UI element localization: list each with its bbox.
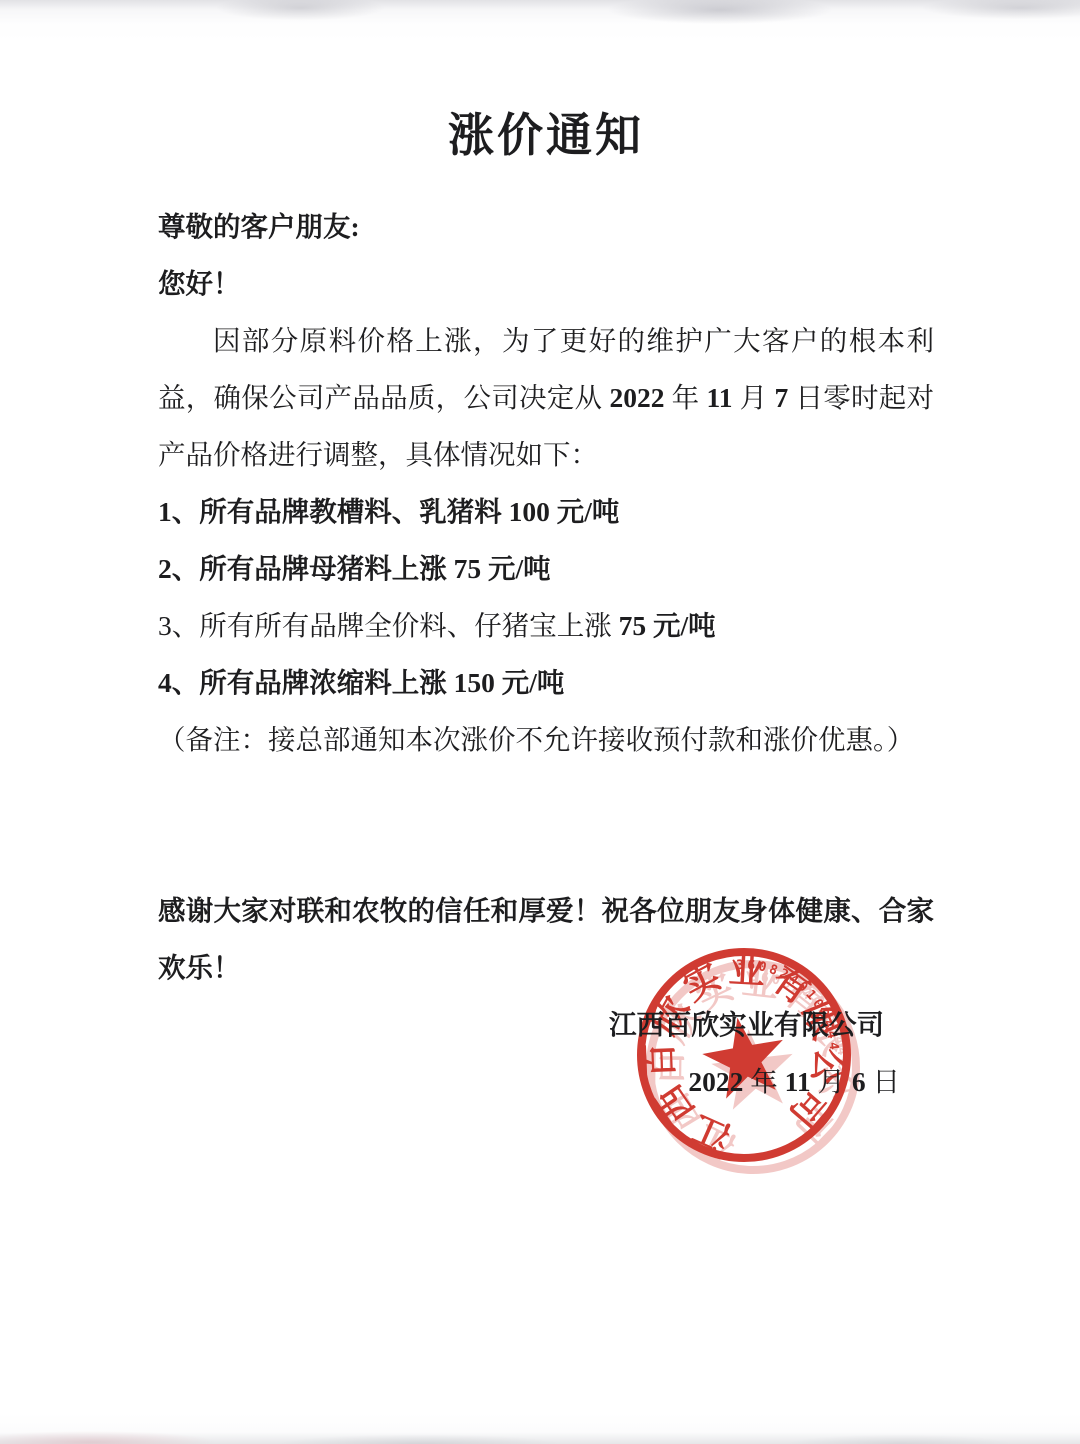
- salutation-line: 尊敬的客户朋友:: [158, 198, 934, 255]
- photo-edge-shadow-bottom: [0, 1414, 1080, 1444]
- greeting-line: 您好！: [158, 255, 934, 312]
- notice-body: 涨价通知 尊敬的客户朋友: 您好！ 因部分原料价格上涨，为了更好的维护广大客户的…: [0, 108, 1080, 1110]
- date-line: 2022 年 11 月 6 日: [158, 1053, 934, 1110]
- list-item-2: 2、所有品牌母猪料上涨 75 元/吨: [158, 540, 934, 597]
- photo-edge-shadow-top: [0, 0, 1080, 42]
- list-item-4: 4、所有品牌浓缩料上涨 150 元/吨: [158, 654, 934, 711]
- company-signature: 江西百欣实业有限公司: [158, 996, 934, 1053]
- list-item-1: 1、所有品牌教槽料、乳猪料 100 元/吨: [158, 483, 934, 540]
- blank-gap: [158, 768, 934, 882]
- thanks-paragraph: 感谢大家对联和农牧的信任和厚爱！祝各位朋友身体健康、合家欢乐！: [158, 882, 934, 996]
- list-item-3: 3、所有所有品牌全价料、仔猪宝上涨 75 元/吨: [158, 597, 934, 654]
- note-line: （备注：接总部通知本次涨价不允许接收预付款和涨价优惠。）: [158, 711, 934, 768]
- notice-title: 涨价通知: [158, 108, 934, 164]
- notice-text-block: 尊敬的客户朋友: 您好！ 因部分原料价格上涨，为了更好的维护广大客户的根本利益，…: [158, 198, 934, 1110]
- intro-paragraph: 因部分原料价格上涨，为了更好的维护广大客户的根本利益，确保公司产品品质，公司决定…: [158, 312, 934, 483]
- price-change-list: 1、所有品牌教槽料、乳猪料 100 元/吨 2、所有品牌母猪料上涨 75 元/吨…: [158, 483, 934, 711]
- scanned-notice-page: 江西百欣实业有限公司 3608240100444 涨价通知 尊敬的客户朋友: 您…: [0, 0, 1080, 1444]
